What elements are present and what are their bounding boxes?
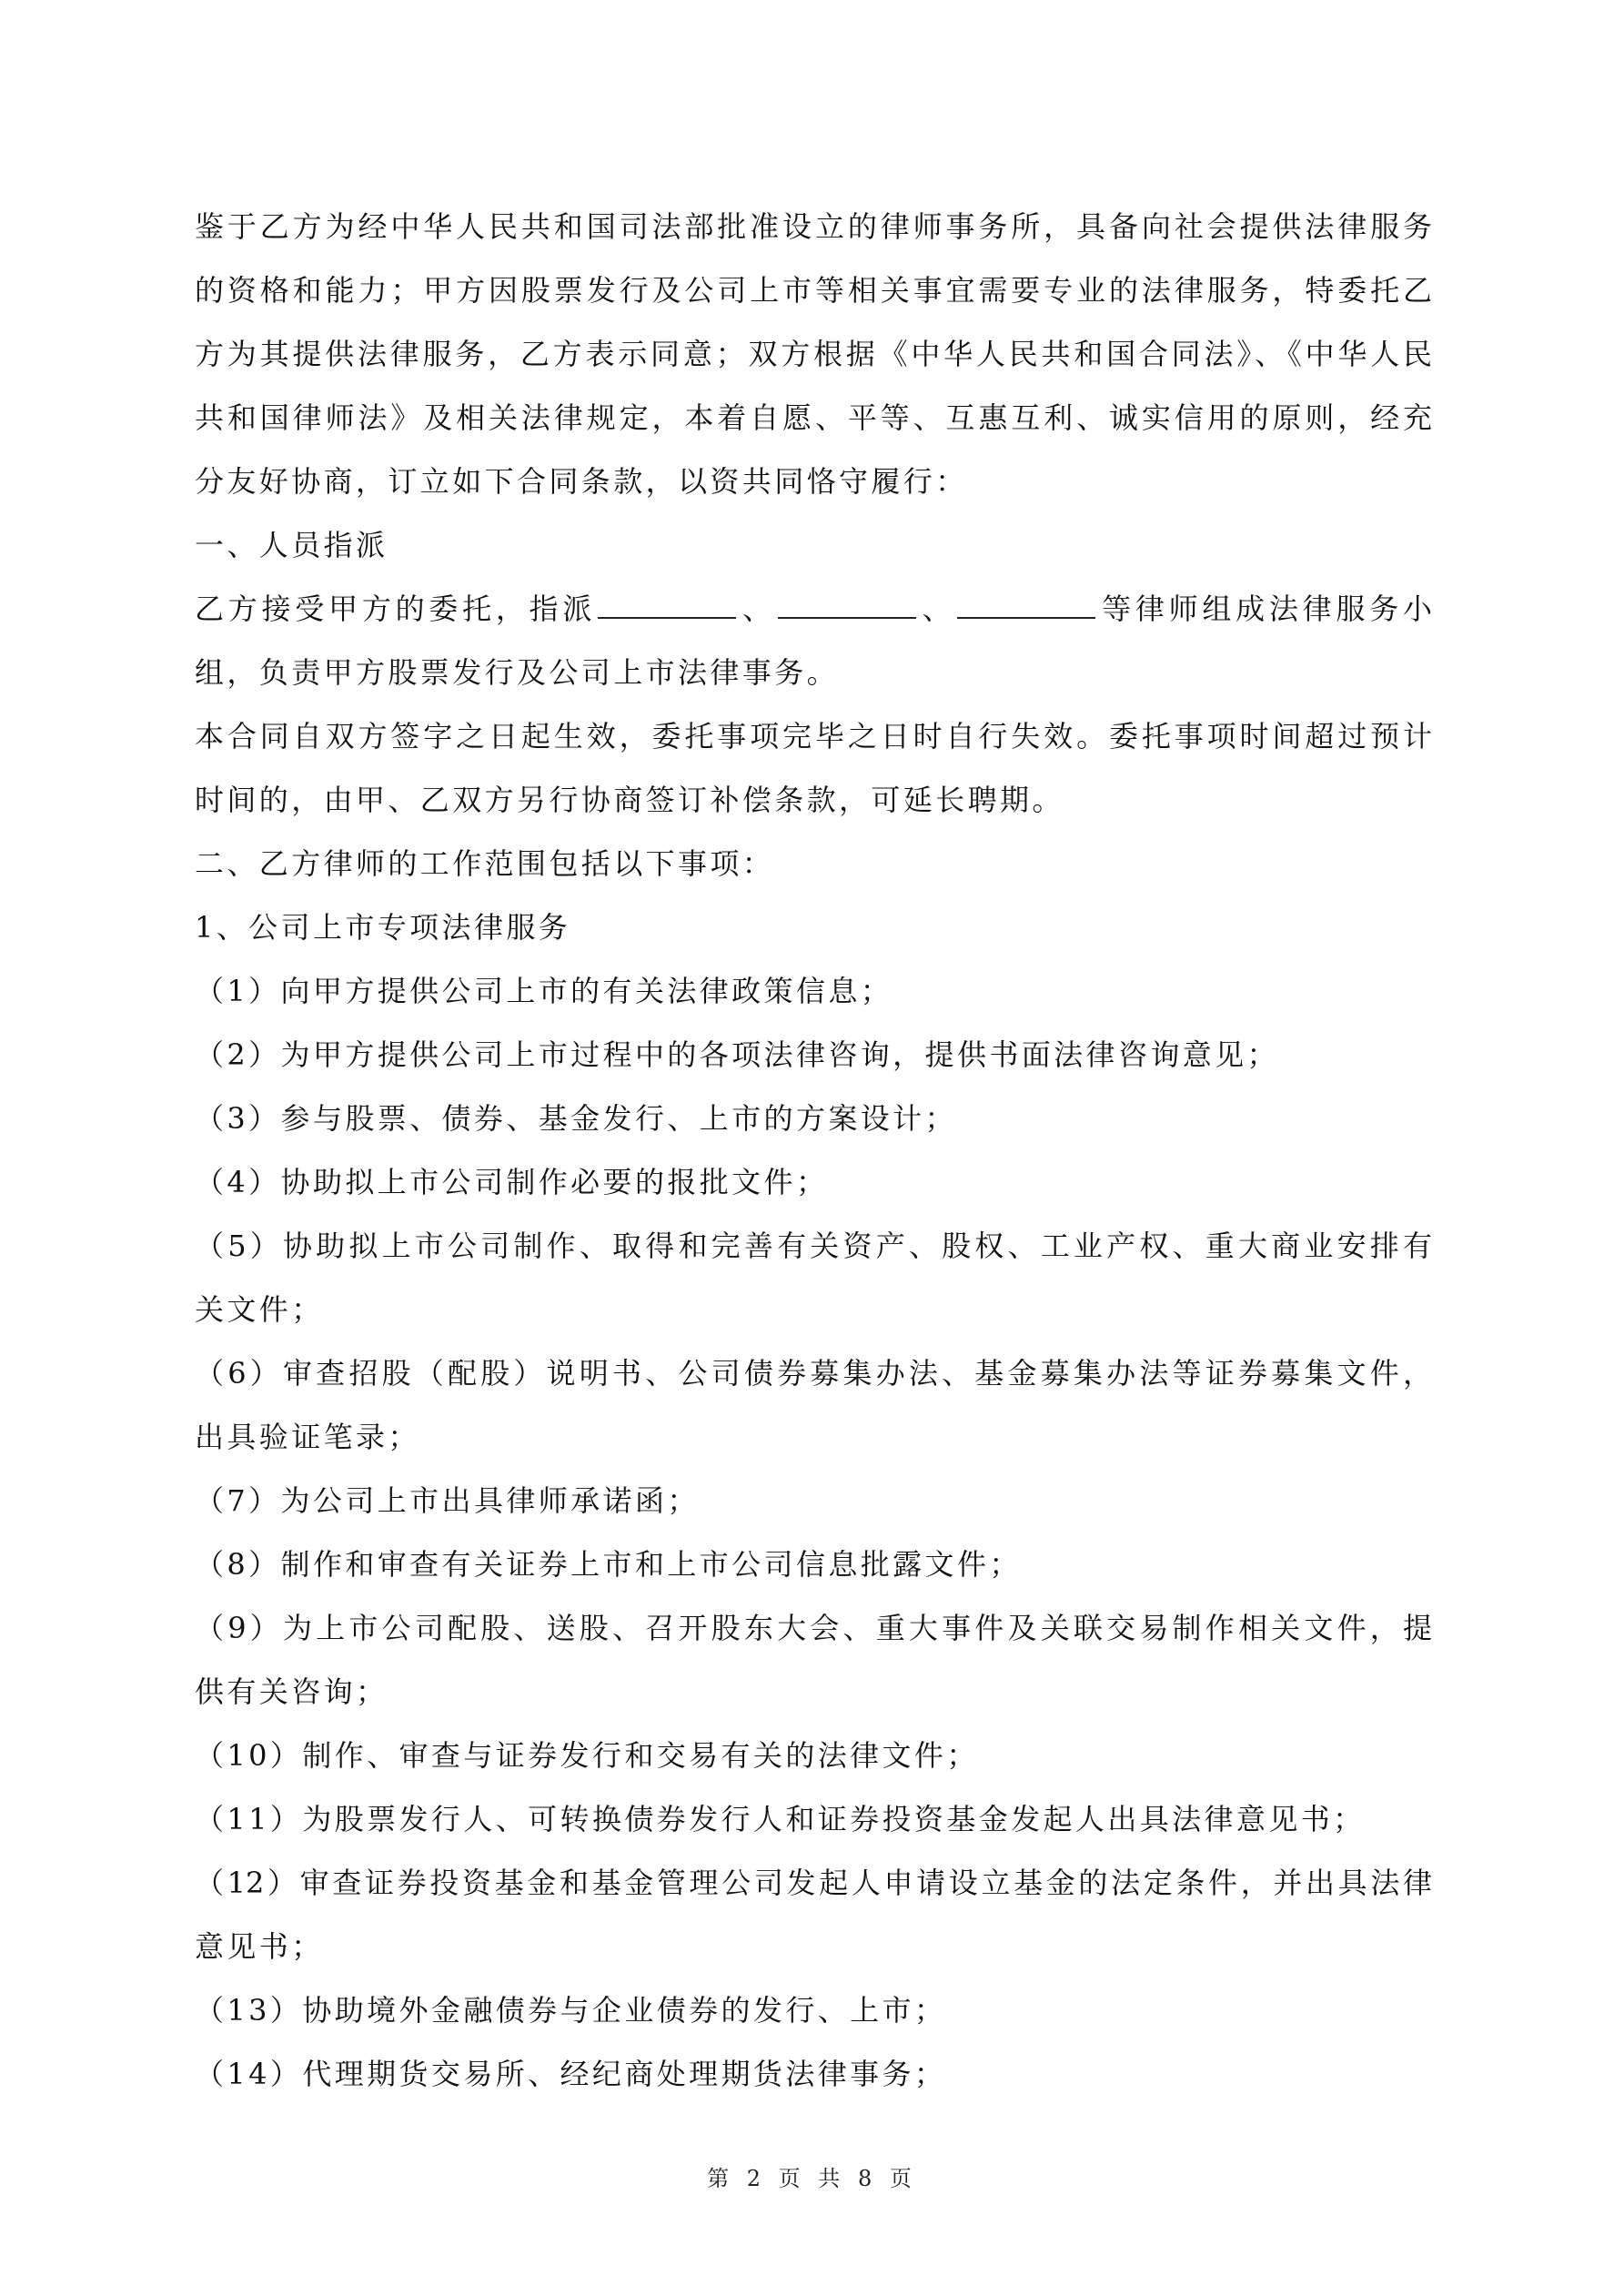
- list-item: （4）协助拟上市公司制作必要的报批文件；: [195, 1158, 1432, 1221]
- document-body: 鉴于乙方为经中华人民共和国司法部批准设立的律师事务所，具备向社会提供法律服务 的…: [195, 202, 1432, 2113]
- list-item-cont: 关文件；: [195, 1285, 1432, 1349]
- assignment-line-cont: 组，负责甲方股票发行及公司上市法律事务。: [195, 648, 1432, 712]
- list-item-cont: 出具验证笔录；: [195, 1412, 1432, 1476]
- list-item: （2）为甲方提供公司上市过程中的各项法律咨询，提供书面法律咨询意见；: [195, 1030, 1432, 1094]
- list-item: （9）为上市公司配股、送股、召开股东大会、重大事件及关联交易制作相关文件，提: [195, 1603, 1432, 1667]
- preamble-line: 的资格和能力；甲方因股票发行及公司上市等相关事宜需要专业的法律服务，特委托乙: [195, 266, 1432, 329]
- list-item: （11）为股票发行人、可转换债券发行人和证券投资基金发起人出具法律意见书；: [195, 1795, 1432, 1858]
- list-item-cont: 意见书；: [195, 1922, 1432, 1986]
- list-item: （1）向甲方提供公司上市的有关法律政策信息；: [195, 966, 1432, 1030]
- document-page: 鉴于乙方为经中华人民共和国司法部批准设立的律师事务所，具备向社会提供法律服务 的…: [0, 0, 1624, 2296]
- preamble-line: 方为其提供法律服务，乙方表示同意；双方根据《中华人民共和国合同法》、《中华人民: [195, 329, 1432, 393]
- assignment-suffix: 等律师组成法律服务小: [1097, 592, 1432, 626]
- list-item: （14）代理期货交易所、经纪商处理期货法律事务；: [195, 2049, 1432, 2113]
- separator: 、: [738, 592, 776, 626]
- preamble-line: 鉴于乙方为经中华人民共和国司法部批准设立的律师事务所，具备向社会提供法律服务: [195, 202, 1432, 266]
- preamble-line: 共和国律师法》及相关法律规定，本着自愿、平等、互惠互利、诚实信用的原则，经充: [195, 393, 1432, 457]
- subsection-heading-ipo: 1、公司上市专项法律服务: [195, 903, 1432, 966]
- separator: 、: [918, 592, 956, 626]
- validity-line: 本合同自双方签字之日起生效，委托事项完毕之日时自行失效。委托事项时间超过预计: [195, 712, 1432, 775]
- list-item: （6）审查招股（配股）说明书、公司债券募集办法、基金募集办法等证券募集文件，: [195, 1349, 1432, 1412]
- list-item: （12）审查证券投资基金和基金管理公司发起人申请设立基金的法定条件，并出具法律: [195, 1858, 1432, 1922]
- list-item-cont: 供有关咨询；: [195, 1667, 1432, 1731]
- section-heading-scope: 二、乙方律师的工作范围包括以下事项：: [195, 839, 1432, 903]
- lawyer-name-blank-3[interactable]: [957, 590, 1095, 619]
- list-item: （13）协助境外金融债券与企业债券的发行、上市；: [195, 1986, 1432, 2049]
- list-item: （5）协助拟上市公司制作、取得和完善有关资产、股权、工业产权、重大商业安排有: [195, 1221, 1432, 1285]
- lawyer-name-blank-2[interactable]: [778, 590, 916, 619]
- validity-line: 时间的，由甲、乙双方另行协商签订补偿条款，可延长聘期。: [195, 775, 1432, 839]
- assignment-prefix: 乙方接受甲方的委托，指派: [195, 592, 596, 626]
- list-item: （8）制作和审查有关证券上市和上市公司信息批露文件；: [195, 1540, 1432, 1603]
- page-number: 第 2 页 共 8 页: [0, 2160, 1624, 2192]
- list-item: （3）参与股票、债券、基金发行、上市的方案设计；: [195, 1094, 1432, 1158]
- section-heading-personnel: 一、人员指派: [195, 521, 1432, 584]
- preamble-line: 分友好协商，订立如下合同条款，以资共同恪守履行：: [195, 457, 1432, 521]
- list-item: （10）制作、审查与证券发行和交易有关的法律文件；: [195, 1731, 1432, 1795]
- lawyer-name-blank-1[interactable]: [598, 590, 736, 619]
- assignment-line: 乙方接受甲方的委托，指派、、等律师组成法律服务小: [195, 584, 1432, 648]
- list-item: （7）为公司上市出具律师承诺函；: [195, 1476, 1432, 1540]
